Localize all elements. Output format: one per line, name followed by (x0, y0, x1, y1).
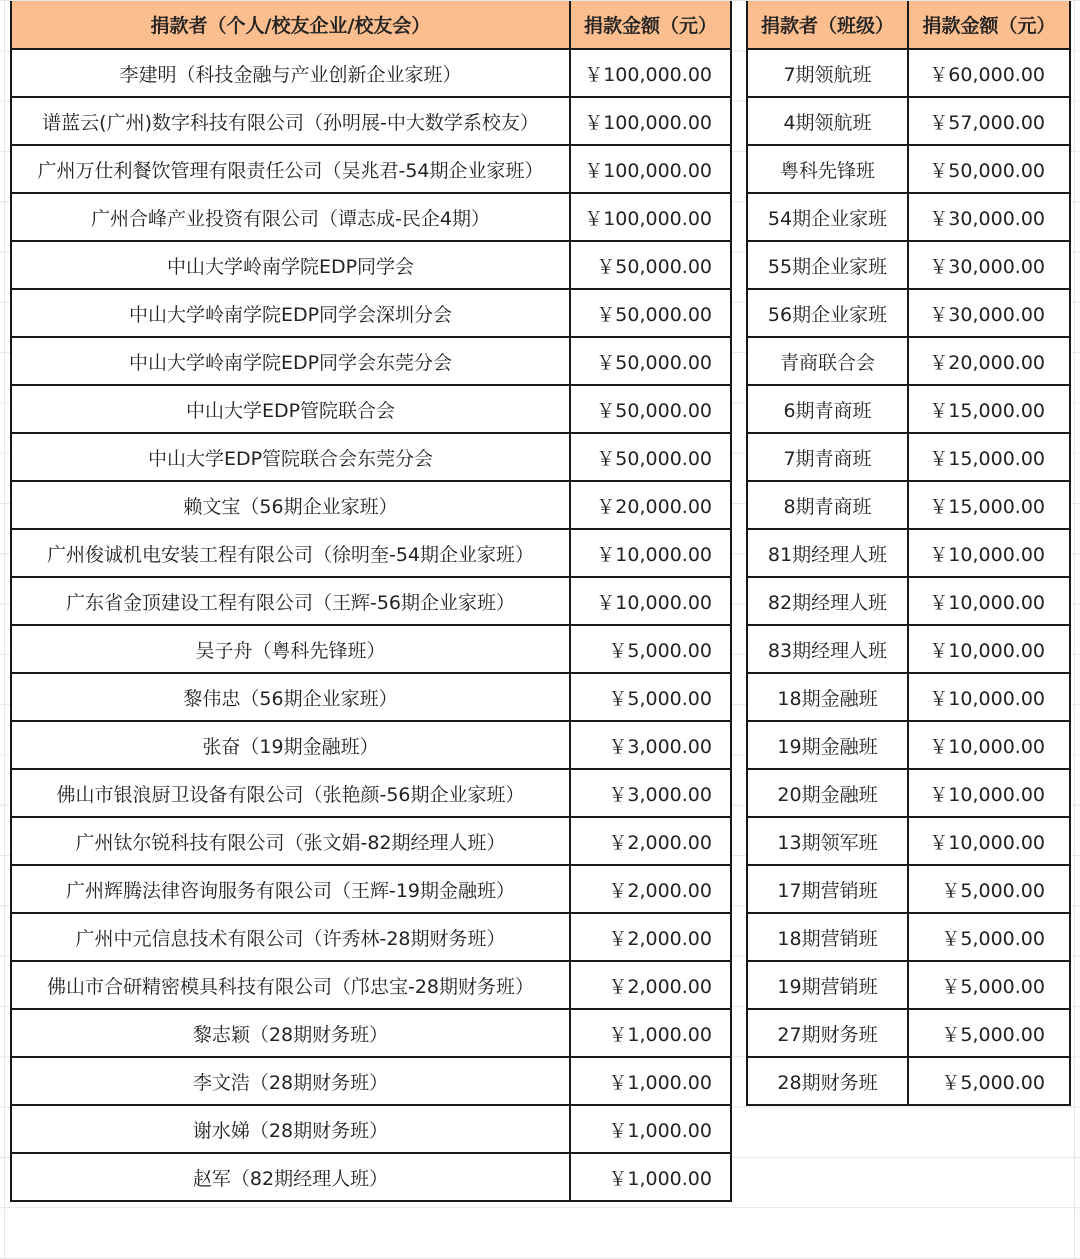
table-row: 中山大学EDP管院联合会￥50,000.00 (11, 385, 731, 433)
amount-cell[interactable]: ￥30,000.00 (908, 241, 1070, 289)
donor-cell[interactable]: 粤科先锋班 (747, 145, 908, 193)
header-donor[interactable]: 捐款者（个人/校友企业/校友会） (11, 1, 570, 49)
donor-cell[interactable]: 27期财务班 (747, 1009, 908, 1057)
donor-cell[interactable]: 6期青商班 (747, 385, 908, 433)
donor-cell[interactable]: 56期企业家班 (747, 289, 908, 337)
donor-cell[interactable]: 54期企业家班 (747, 193, 908, 241)
amount-cell[interactable]: ￥5,000.00 (908, 1057, 1070, 1105)
donor-cell[interactable]: 广州辉腾法律咨询服务有限公司（王辉-19期金融班） (11, 865, 570, 913)
donor-cell[interactable]: 谢水娣（28期财务班） (11, 1105, 570, 1153)
amount-cell[interactable]: ￥2,000.00 (570, 817, 731, 865)
amount-cell[interactable]: ￥10,000.00 (570, 577, 731, 625)
donor-cell[interactable]: 广州合峰产业投资有限公司（谭志成-民企4期） (11, 193, 570, 241)
donor-cell[interactable]: 55期企业家班 (747, 241, 908, 289)
table-row: 19期营销班￥5,000.00 (747, 961, 1070, 1009)
donor-cell[interactable]: 广州万仕利餐饮管理有限责任公司（吴兆君-54期企业家班） (11, 145, 570, 193)
table-row: 7期领航班￥60,000.00 (747, 49, 1070, 97)
header-amount[interactable]: 捐款金额（元） (570, 1, 731, 49)
amount-cell[interactable]: ￥10,000.00 (908, 817, 1070, 865)
table-row: 吴子舟（粤科先锋班）￥5,000.00 (11, 625, 731, 673)
donor-cell[interactable]: 广州俊诚机电安装工程有限公司（徐明奎-54期企业家班） (11, 529, 570, 577)
donor-cell[interactable]: 广州中元信息技术有限公司（许秀林-28期财务班） (11, 913, 570, 961)
class-donors-table: 捐款者（班级） 捐款金额（元） 7期领航班￥60,000.004期领航班￥57,… (746, 1, 1071, 1106)
amount-cell[interactable]: ￥3,000.00 (570, 721, 731, 769)
amount-cell[interactable]: ￥100,000.00 (570, 145, 731, 193)
donor-cell[interactable]: 青商联合会 (747, 337, 908, 385)
donor-cell[interactable]: 李建明（科技金融与产业创新企业家班） (11, 49, 570, 97)
table-row: 李文浩（28期财务班）￥1,000.00 (11, 1057, 731, 1105)
table-row: 广州辉腾法律咨询服务有限公司（王辉-19期金融班）￥2,000.00 (11, 865, 731, 913)
table-row: 18期营销班￥5,000.00 (747, 913, 1070, 961)
amount-cell[interactable]: ￥1,000.00 (570, 1153, 731, 1201)
table-row: 55期企业家班￥30,000.00 (747, 241, 1070, 289)
grid-column-line (1074, 0, 1075, 1259)
amount-cell[interactable]: ￥10,000.00 (908, 673, 1070, 721)
donor-cell[interactable]: 19期金融班 (747, 721, 908, 769)
table-row: 13期领军班￥10,000.00 (747, 817, 1070, 865)
amount-cell[interactable]: ￥10,000.00 (908, 721, 1070, 769)
amount-cell[interactable]: ￥10,000.00 (908, 769, 1070, 817)
amount-cell[interactable]: ￥5,000.00 (908, 961, 1070, 1009)
table-row: 20期金融班￥10,000.00 (747, 769, 1070, 817)
table-row: 8期青商班￥15,000.00 (747, 481, 1070, 529)
table-row: 广州合峰产业投资有限公司（谭志成-民企4期）￥100,000.00 (11, 193, 731, 241)
header-row: 捐款者（班级） 捐款金额（元） (747, 1, 1070, 49)
donor-cell[interactable]: 李文浩（28期财务班） (11, 1057, 570, 1105)
donor-cell[interactable]: 佛山市合研精密模具科技有限公司（邝忠宝-28期财务班） (11, 961, 570, 1009)
donor-cell[interactable]: 中山大学EDP管院联合会东莞分会 (11, 433, 570, 481)
donor-cell[interactable]: 广州钛尔锐科技有限公司（张文娟-82期经理人班） (11, 817, 570, 865)
donor-cell[interactable]: 81期经理人班 (747, 529, 908, 577)
donor-cell[interactable]: 17期营销班 (747, 865, 908, 913)
amount-cell[interactable]: ￥15,000.00 (908, 481, 1070, 529)
table-row: 54期企业家班￥30,000.00 (747, 193, 1070, 241)
table-row: 81期经理人班￥10,000.00 (747, 529, 1070, 577)
donor-cell[interactable]: 张奋（19期金融班） (11, 721, 570, 769)
table-row: 青商联合会￥20,000.00 (747, 337, 1070, 385)
table-row: 28期财务班￥5,000.00 (747, 1057, 1070, 1105)
donor-cell[interactable]: 黎志颖（28期财务班） (11, 1009, 570, 1057)
table-row: 赖文宝（56期企业家班）￥20,000.00 (11, 481, 731, 529)
amount-cell[interactable]: ￥3,000.00 (570, 769, 731, 817)
table-row: 张奋（19期金融班）￥3,000.00 (11, 721, 731, 769)
donor-cell[interactable]: 广东省金顶建设工程有限公司（王辉-56期企业家班） (11, 577, 570, 625)
amount-cell[interactable]: ￥30,000.00 (908, 193, 1070, 241)
amount-cell[interactable]: ￥30,000.00 (908, 289, 1070, 337)
amount-cell[interactable]: ￥5,000.00 (570, 625, 731, 673)
table-row: 赵军（82期经理人班）￥1,000.00 (11, 1153, 731, 1201)
table-row: 广东省金顶建设工程有限公司（王辉-56期企业家班）￥10,000.00 (11, 577, 731, 625)
amount-cell[interactable]: ￥100,000.00 (570, 49, 731, 97)
table-row: 27期财务班￥5,000.00 (747, 1009, 1070, 1057)
amount-cell[interactable]: ￥50,000.00 (570, 337, 731, 385)
table-row: 粤科先锋班￥50,000.00 (747, 145, 1070, 193)
amount-cell[interactable]: ￥10,000.00 (908, 529, 1070, 577)
amount-cell[interactable]: ￥2,000.00 (570, 865, 731, 913)
table-row: 6期青商班￥15,000.00 (747, 385, 1070, 433)
table-row: 广州万仕利餐饮管理有限责任公司（吴兆君-54期企业家班）￥100,000.00 (11, 145, 731, 193)
table-row: 佛山市银浪厨卫设备有限公司（张艳颜-56期企业家班）￥3,000.00 (11, 769, 731, 817)
grid-column-line (4, 0, 5, 1259)
donor-cell[interactable]: 83期经理人班 (747, 625, 908, 673)
amount-cell[interactable]: ￥5,000.00 (570, 673, 731, 721)
donor-cell[interactable]: 28期财务班 (747, 1057, 908, 1105)
donor-cell[interactable]: 18期金融班 (747, 673, 908, 721)
amount-cell[interactable]: ￥100,000.00 (570, 193, 731, 241)
amount-cell[interactable]: ￥60,000.00 (908, 49, 1070, 97)
table-row: 黎伟忠（56期企业家班）￥5,000.00 (11, 673, 731, 721)
table-row: 中山大学岭南学院EDP同学会东莞分会￥50,000.00 (11, 337, 731, 385)
donor-cell[interactable]: 4期领航班 (747, 97, 908, 145)
table-row: 17期营销班￥5,000.00 (747, 865, 1070, 913)
amount-cell[interactable]: ￥5,000.00 (908, 913, 1070, 961)
amount-cell[interactable]: ￥2,000.00 (570, 961, 731, 1009)
amount-cell[interactable]: ￥50,000.00 (570, 433, 731, 481)
donor-cell[interactable]: 19期营销班 (747, 961, 908, 1009)
table-row: 中山大学EDP管院联合会东莞分会￥50,000.00 (11, 433, 731, 481)
table-row: 广州钛尔锐科技有限公司（张文娟-82期经理人班）￥2,000.00 (11, 817, 731, 865)
amount-cell[interactable]: ￥10,000.00 (570, 529, 731, 577)
amount-cell[interactable]: ￥100,000.00 (570, 97, 731, 145)
table-row: 谢水娣（28期财务班）￥1,000.00 (11, 1105, 731, 1153)
donor-cell[interactable]: 中山大学岭南学院EDP同学会深圳分会 (11, 289, 570, 337)
table-row: 谱蓝云(广州)数字科技有限公司（孙明展-中大数学系校友）￥100,000.00 (11, 97, 731, 145)
donor-cell[interactable]: 谱蓝云(广州)数字科技有限公司（孙明展-中大数学系校友） (11, 97, 570, 145)
amount-cell[interactable]: ￥1,000.00 (570, 1057, 731, 1105)
amount-cell[interactable]: ￥5,000.00 (908, 865, 1070, 913)
donor-cell[interactable]: 赵军（82期经理人班） (11, 1153, 570, 1201)
amount-cell[interactable]: ￥10,000.00 (908, 625, 1070, 673)
table-row: 广州俊诚机电安装工程有限公司（徐明奎-54期企业家班）￥10,000.00 (11, 529, 731, 577)
table-row: 7期青商班￥15,000.00 (747, 433, 1070, 481)
table-row: 82期经理人班￥10,000.00 (747, 577, 1070, 625)
table-row: 19期金融班￥10,000.00 (747, 721, 1070, 769)
header-amount[interactable]: 捐款金额（元） (908, 1, 1070, 49)
table-row: 56期企业家班￥30,000.00 (747, 289, 1070, 337)
donor-cell[interactable]: 18期营销班 (747, 913, 908, 961)
donor-cell[interactable]: 7期青商班 (747, 433, 908, 481)
individual-donors-table: 捐款者（个人/校友企业/校友会） 捐款金额（元） 李建明（科技金融与产业创新企业… (10, 1, 732, 1202)
donor-cell[interactable]: 13期领军班 (747, 817, 908, 865)
donor-cell[interactable]: 82期经理人班 (747, 577, 908, 625)
amount-cell[interactable]: ￥15,000.00 (908, 385, 1070, 433)
amount-cell[interactable]: ￥50,000.00 (570, 385, 731, 433)
amount-cell[interactable]: ￥50,000.00 (570, 289, 731, 337)
donor-cell[interactable]: 吴子舟（粤科先锋班） (11, 625, 570, 673)
amount-cell[interactable]: ￥50,000.00 (908, 145, 1070, 193)
donor-cell[interactable]: 赖文宝（56期企业家班） (11, 481, 570, 529)
amount-cell[interactable]: ￥20,000.00 (908, 337, 1070, 385)
donor-cell[interactable]: 中山大学EDP管院联合会 (11, 385, 570, 433)
table-row: 李建明（科技金融与产业创新企业家班）￥100,000.00 (11, 49, 731, 97)
amount-cell[interactable]: ￥57,000.00 (908, 97, 1070, 145)
amount-cell[interactable]: ￥10,000.00 (908, 577, 1070, 625)
donor-cell[interactable]: 佛山市银浪厨卫设备有限公司（张艳颜-56期企业家班） (11, 769, 570, 817)
table-row: 广州中元信息技术有限公司（许秀林-28期财务班）￥2,000.00 (11, 913, 731, 961)
amount-cell[interactable]: ￥20,000.00 (570, 481, 731, 529)
amount-cell[interactable]: ￥15,000.00 (908, 433, 1070, 481)
donor-cell[interactable]: 中山大学岭南学院EDP同学会东莞分会 (11, 337, 570, 385)
donor-cell[interactable]: 中山大学岭南学院EDP同学会 (11, 241, 570, 289)
table-row: 佛山市合研精密模具科技有限公司（邝忠宝-28期财务班）￥2,000.00 (11, 961, 731, 1009)
table-row: 83期经理人班￥10,000.00 (747, 625, 1070, 673)
donor-cell[interactable]: 7期领航班 (747, 49, 908, 97)
amount-cell[interactable]: ￥1,000.00 (570, 1105, 731, 1153)
table-row: 中山大学岭南学院EDP同学会深圳分会￥50,000.00 (11, 289, 731, 337)
amount-cell[interactable]: ￥1,000.00 (570, 1009, 731, 1057)
amount-cell[interactable]: ￥5,000.00 (908, 1009, 1070, 1057)
table-row: 18期金融班￥10,000.00 (747, 673, 1070, 721)
amount-cell[interactable]: ￥50,000.00 (570, 241, 731, 289)
amount-cell[interactable]: ￥2,000.00 (570, 913, 731, 961)
table-row: 中山大学岭南学院EDP同学会￥50,000.00 (11, 241, 731, 289)
header-row: 捐款者（个人/校友企业/校友会） 捐款金额（元） (11, 1, 731, 49)
table-row: 4期领航班￥57,000.00 (747, 97, 1070, 145)
donor-cell[interactable]: 黎伟忠（56期企业家班） (11, 673, 570, 721)
table-row: 黎志颖（28期财务班）￥1,000.00 (11, 1009, 731, 1057)
header-donor[interactable]: 捐款者（班级） (747, 1, 908, 49)
donor-cell[interactable]: 20期金融班 (747, 769, 908, 817)
donor-cell[interactable]: 8期青商班 (747, 481, 908, 529)
